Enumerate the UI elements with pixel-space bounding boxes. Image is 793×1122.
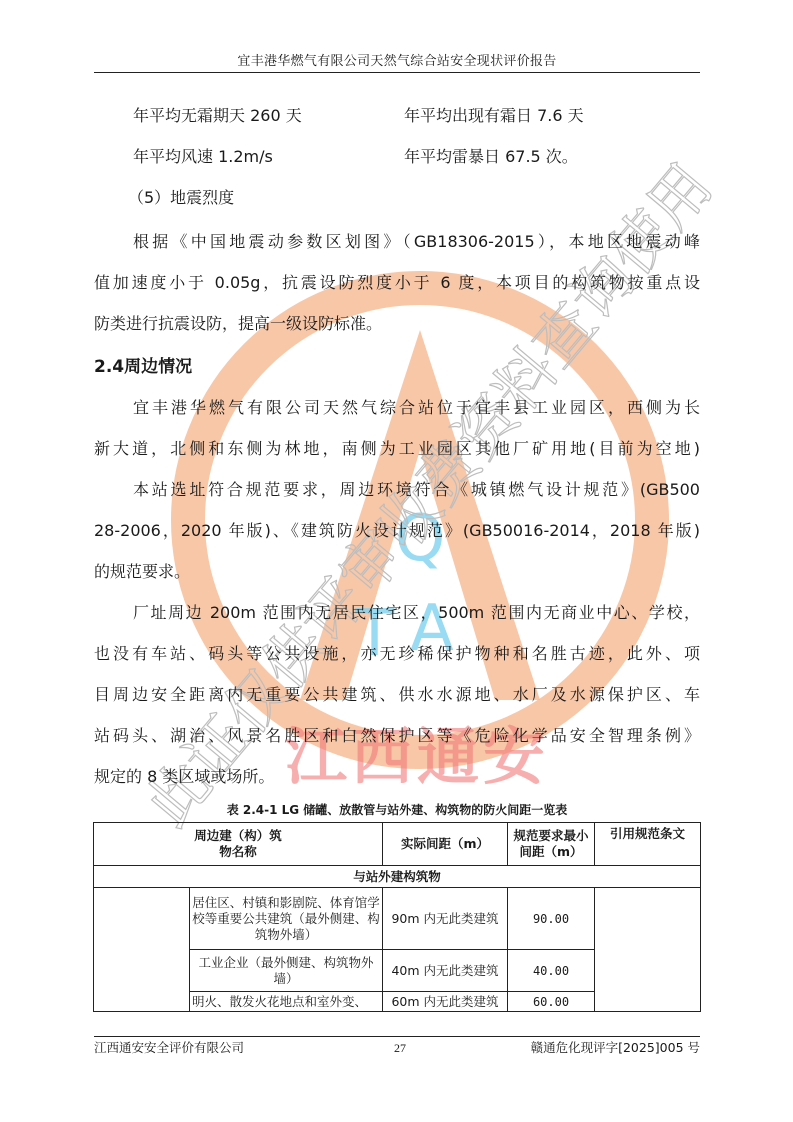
table-row: 居住区、村镇和影剧院、体育馆学校等重要公共建筑（最外侧建、构筑物外墙） 90m … [94, 888, 701, 950]
seismic-para-line-2: 值加速度小于 0.05g，抗震设防烈度小于 6 度，本项目的构筑物按重点设 [94, 273, 700, 293]
group-label-offsite-structures: 与站外建构筑物 [94, 866, 701, 888]
seismic-para-line-1: 根据《中国地震动参数区划图》（GB18306-2015），本地区地震动峰 [133, 232, 700, 252]
section-heading-2-4: 2.4周边情况 [94, 357, 192, 377]
footer-report-number: 赣通危化现评字[2025]005 号 [531, 1040, 700, 1056]
header-actual-distance: 实际间距（m） [383, 823, 508, 866]
table-caption: 表 2.4-1 LG 储罐、放散管与站外建、构筑物的防火间距一览表 [94, 802, 700, 818]
table-header-row: 周边建（构）筑 物名称 实际间距（m） 规范要求最小 间距（m） 引用规范条文 [94, 823, 701, 866]
row-facility-name: 明火、散发火花地点和室外变、 [190, 992, 383, 1012]
row-required-distance: 40.00 [508, 950, 595, 992]
table-group-row: 与站外建构筑物 [94, 866, 701, 888]
surroundings-para3-line-2: 也没有车站、码头等公共设施，亦无珍稀保护物种和名胜古迹，此外、项 [94, 644, 700, 664]
footer-page-number: 27 [390, 1040, 410, 1056]
header-facility-name-line-1: 周边建（构）筑 [96, 828, 380, 844]
climate-wind-speed: 年平均风速 1.2m/s [133, 147, 273, 167]
surroundings-para3-line-3: 目周边安全距离内无重要公共建筑、供水水源地、水厂及水源保护区、车 [94, 685, 700, 705]
seismic-subheading: （5）地震烈度 [128, 188, 234, 208]
header-reference: 引用规范条文 [595, 823, 701, 866]
surroundings-para2-line-1: 本站选址符合规范要求，周边环境符合《城镇燃气设计规范》(GB500 [133, 480, 700, 500]
header-required-line-2: 间距（m） [510, 844, 592, 860]
row-actual-distance: 40m 内无此类建筑 [383, 950, 508, 992]
surroundings-para3-line-5: 规定的 8 类区域或场所。 [94, 767, 274, 787]
climate-frost-free-days: 年平均无霜期天 260 天 [133, 106, 302, 126]
row-required-distance: 60.00 [508, 992, 595, 1012]
header-required-line-1: 规范要求最小 [510, 828, 592, 844]
surroundings-para3-line-4: 站码头、湖治、风景名胜区和白然保护区等《危险化学品安全智理条例》 [94, 726, 700, 746]
watermark-ring-icon [188, 288, 652, 752]
footer-divider [94, 1036, 700, 1037]
header-divider [94, 72, 700, 73]
reference-cell [595, 888, 701, 1012]
header-facility-name-line-2: 物名称 [96, 844, 380, 860]
surroundings-para1-line-1: 宜丰港华燃气有限公司天然气综合站位于宜丰县工业园区，西侧为长 [133, 398, 700, 418]
empty-category-cell [94, 888, 190, 1012]
climate-frost-days: 年平均出现有霜日 7.6 天 [404, 106, 584, 126]
header-required-distance: 规范要求最小 间距（m） [508, 823, 595, 866]
surroundings-para2-line-3: 的规范要求。 [94, 562, 190, 582]
surroundings-para2-line-2: 28-2006，2020 年版)、《建筑防火设计规范》(GB50016-2014… [94, 521, 700, 541]
row-required-distance: 90.00 [508, 888, 595, 950]
fire-spacing-table: 周边建（构）筑 物名称 实际间距（m） 规范要求最小 间距（m） 引用规范条文 … [93, 822, 701, 1012]
row-facility-name: 居住区、村镇和影剧院、体育馆学校等重要公共建筑（最外侧建、构筑物外墙） [190, 888, 383, 950]
running-header-title: 宜丰港华燃气有限公司天然气综合站安全现状评价报告 [94, 50, 700, 69]
surroundings-para1-line-2: 新大道，北侧和东侧为林地，南侧为工业园区其他厂矿用地(目前为空地) [94, 439, 700, 459]
seismic-para-line-3: 防类进行抗震设防，提高一级设防标准。 [94, 314, 382, 334]
header-facility-name: 周边建（构）筑 物名称 [94, 823, 383, 866]
surroundings-para3-line-1: 厂址周边 200m 范围内无居民住宅区，500m 范围内无商业中心、学校， [133, 603, 700, 623]
row-actual-distance: 90m 内无此类建筑 [383, 888, 508, 950]
row-facility-name: 工业企业（最外侧建、构筑物外墙） [190, 950, 383, 992]
row-actual-distance: 60m 内无此类建筑 [383, 992, 508, 1012]
footer-company: 江西通安安全评价有限公司 [94, 1040, 244, 1056]
climate-thunderstorm-days: 年平均雷暴日 67.5 次。 [404, 147, 578, 167]
